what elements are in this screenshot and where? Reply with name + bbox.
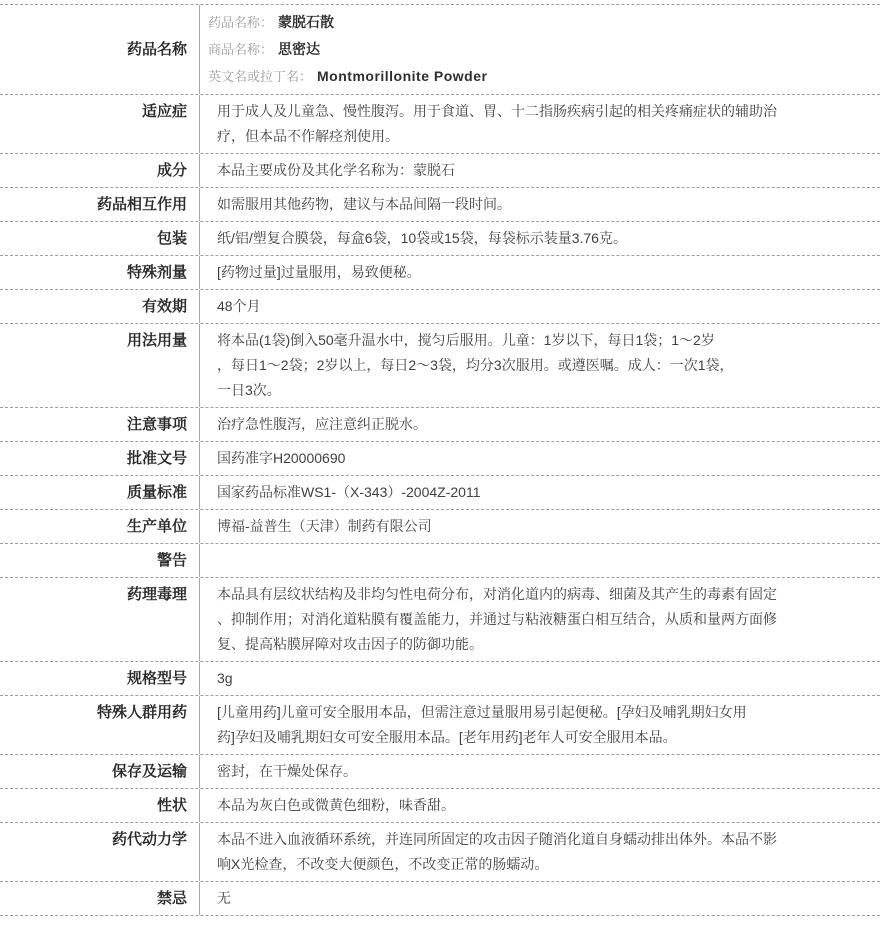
row-label: 生产单位 — [0, 510, 200, 543]
row-content: 本品不进入血液循环系统，并连同所固定的攻击因子随消化道自身蠕动排出体外。本品不影… — [200, 823, 880, 881]
row-label: 批准文号 — [0, 442, 200, 475]
row-content: 如需服用其他药物，建议与本品间隔一段时间。 — [200, 188, 880, 221]
row-content: 治疗急性腹泻，应注意纠正脱水。 — [200, 408, 880, 441]
row-content: 本品主要成份及其化学名称为：蒙脱石 — [200, 154, 880, 187]
row-validity-period: 有效期 48个月 — [0, 290, 880, 324]
row-content: 本品为灰白色或微黄色细粉，味香甜。 — [200, 789, 880, 822]
row-ingredients: 成分 本品主要成份及其化学名称为：蒙脱石 — [0, 154, 880, 188]
row-label: 保存及运输 — [0, 755, 200, 788]
row-content: 48个月 — [200, 290, 880, 323]
row-label: 包装 — [0, 222, 200, 255]
row-content: [药物过量]过量服用，易致便秘。 — [200, 256, 880, 289]
row-drug-name: 药品名称 药品名称：蒙脱石散 商品名称：思密达 英文名或拉丁名：Montmori… — [0, 5, 880, 95]
row-label: 特殊剂量 — [0, 256, 200, 289]
row-pharmacology-toxicology: 药理毒理 本品具有层纹状结构及非均匀性电荷分布，对消化道内的病毒、细菌及其产生的… — [0, 578, 880, 662]
row-label: 成分 — [0, 154, 200, 187]
row-label: 性状 — [0, 789, 200, 822]
row-content: 博福-益普生（天津）制药有限公司 — [200, 510, 880, 543]
row-label: 特殊人群用药 — [0, 696, 200, 754]
row-label: 药理毒理 — [0, 578, 200, 661]
row-label: 警告 — [0, 544, 200, 577]
english-name-line: 英文名或拉丁名：Montmorillonite Powder — [208, 63, 860, 90]
row-label: 有效期 — [0, 290, 200, 323]
row-specification: 规格型号 3g — [0, 662, 880, 696]
row-quality-standard: 质量标准 国家药品标准WS1-（X-343）-2004Z-2011 — [0, 476, 880, 510]
row-label: 禁忌 — [0, 882, 200, 915]
row-content: 密封，在干燥处保存。 — [200, 755, 880, 788]
trade-name-key: 商品名称： — [208, 42, 273, 57]
row-properties: 性状 本品为灰白色或微黄色细粉，味香甜。 — [0, 789, 880, 823]
row-label: 注意事项 — [0, 408, 200, 441]
row-label: 药代动力学 — [0, 823, 200, 881]
row-pharmacokinetics: 药代动力学 本品不进入血液循环系统，并连同所固定的攻击因子随消化道自身蠕动排出体… — [0, 823, 880, 882]
row-approval-number: 批准文号 国药准字H20000690 — [0, 442, 880, 476]
drug-name-line: 药品名称：蒙脱石散 — [208, 9, 860, 36]
row-content: 本品具有层纹状结构及非均匀性电荷分布，对消化道内的病毒、细菌及其产生的毒素有固定… — [200, 578, 880, 661]
english-name-value: Montmorillonite Powder — [317, 68, 487, 84]
row-drug-interactions: 药品相互作用 如需服用其他药物，建议与本品间隔一段时间。 — [0, 188, 880, 222]
trade-name-value: 思密达 — [278, 41, 320, 57]
row-special-populations: 特殊人群用药 [儿童用药]儿童可安全服用本品，但需注意过量服用易引起便秘。[孕妇… — [0, 696, 880, 755]
row-content: 纸/铝/塑复合膜袋，每盒6袋，10袋或15袋，每袋标示装量3.76克。 — [200, 222, 880, 255]
row-label: 药品名称 — [0, 5, 200, 94]
row-content: 3g — [200, 662, 880, 695]
row-content: 国家药品标准WS1-（X-343）-2004Z-2011 — [200, 476, 880, 509]
row-packaging: 包装 纸/铝/塑复合膜袋，每盒6袋，10袋或15袋，每袋标示装量3.76克。 — [0, 222, 880, 256]
row-indications: 适应症 用于成人及儿童急、慢性腹泻。用于食道、胃、十二指肠疾病引起的相关疼痛症状… — [0, 95, 880, 154]
row-precautions: 注意事项 治疗急性腹泻，应注意纠正脱水。 — [0, 408, 880, 442]
row-manufacturer: 生产单位 博福-益普生（天津）制药有限公司 — [0, 510, 880, 544]
drug-info-page: 药品名称 药品名称：蒙脱石散 商品名称：思密达 英文名或拉丁名：Montmori… — [0, 0, 880, 950]
drug-info-table: 药品名称 药品名称：蒙脱石散 商品名称：思密达 英文名或拉丁名：Montmori… — [0, 4, 880, 916]
row-content — [200, 544, 880, 577]
row-warning: 警告 — [0, 544, 880, 578]
row-label: 适应症 — [0, 95, 200, 153]
row-storage-transport: 保存及运输 密封，在干燥处保存。 — [0, 755, 880, 789]
row-content: 用于成人及儿童急、慢性腹泻。用于食道、胃、十二指肠疾病引起的相关疼痛症状的辅助治… — [200, 95, 880, 153]
drug-name-key: 药品名称： — [208, 15, 273, 30]
row-content: 将本品(1袋)倒入50毫升温水中，搅匀后服用。儿童：1岁以下，每日1袋；1～2岁… — [200, 324, 880, 407]
row-usage-dosage: 用法用量 将本品(1袋)倒入50毫升温水中，搅匀后服用。儿童：1岁以下，每日1袋… — [0, 324, 880, 408]
drug-name-value: 蒙脱石散 — [278, 14, 334, 30]
row-label: 规格型号 — [0, 662, 200, 695]
row-content: 药品名称：蒙脱石散 商品名称：思密达 英文名或拉丁名：Montmorilloni… — [200, 5, 880, 94]
row-special-dosage: 特殊剂量 [药物过量]过量服用，易致便秘。 — [0, 256, 880, 290]
row-content: [儿童用药]儿童可安全服用本品，但需注意过量服用易引起便秘。[孕妇及哺乳期妇女用… — [200, 696, 880, 754]
row-contraindications: 禁忌 无 — [0, 882, 880, 916]
row-label: 药品相互作用 — [0, 188, 200, 221]
english-name-key: 英文名或拉丁名： — [208, 69, 312, 84]
row-content: 国药准字H20000690 — [200, 442, 880, 475]
row-content: 无 — [200, 882, 880, 915]
row-label: 用法用量 — [0, 324, 200, 407]
trade-name-line: 商品名称：思密达 — [208, 36, 860, 63]
row-label: 质量标准 — [0, 476, 200, 509]
